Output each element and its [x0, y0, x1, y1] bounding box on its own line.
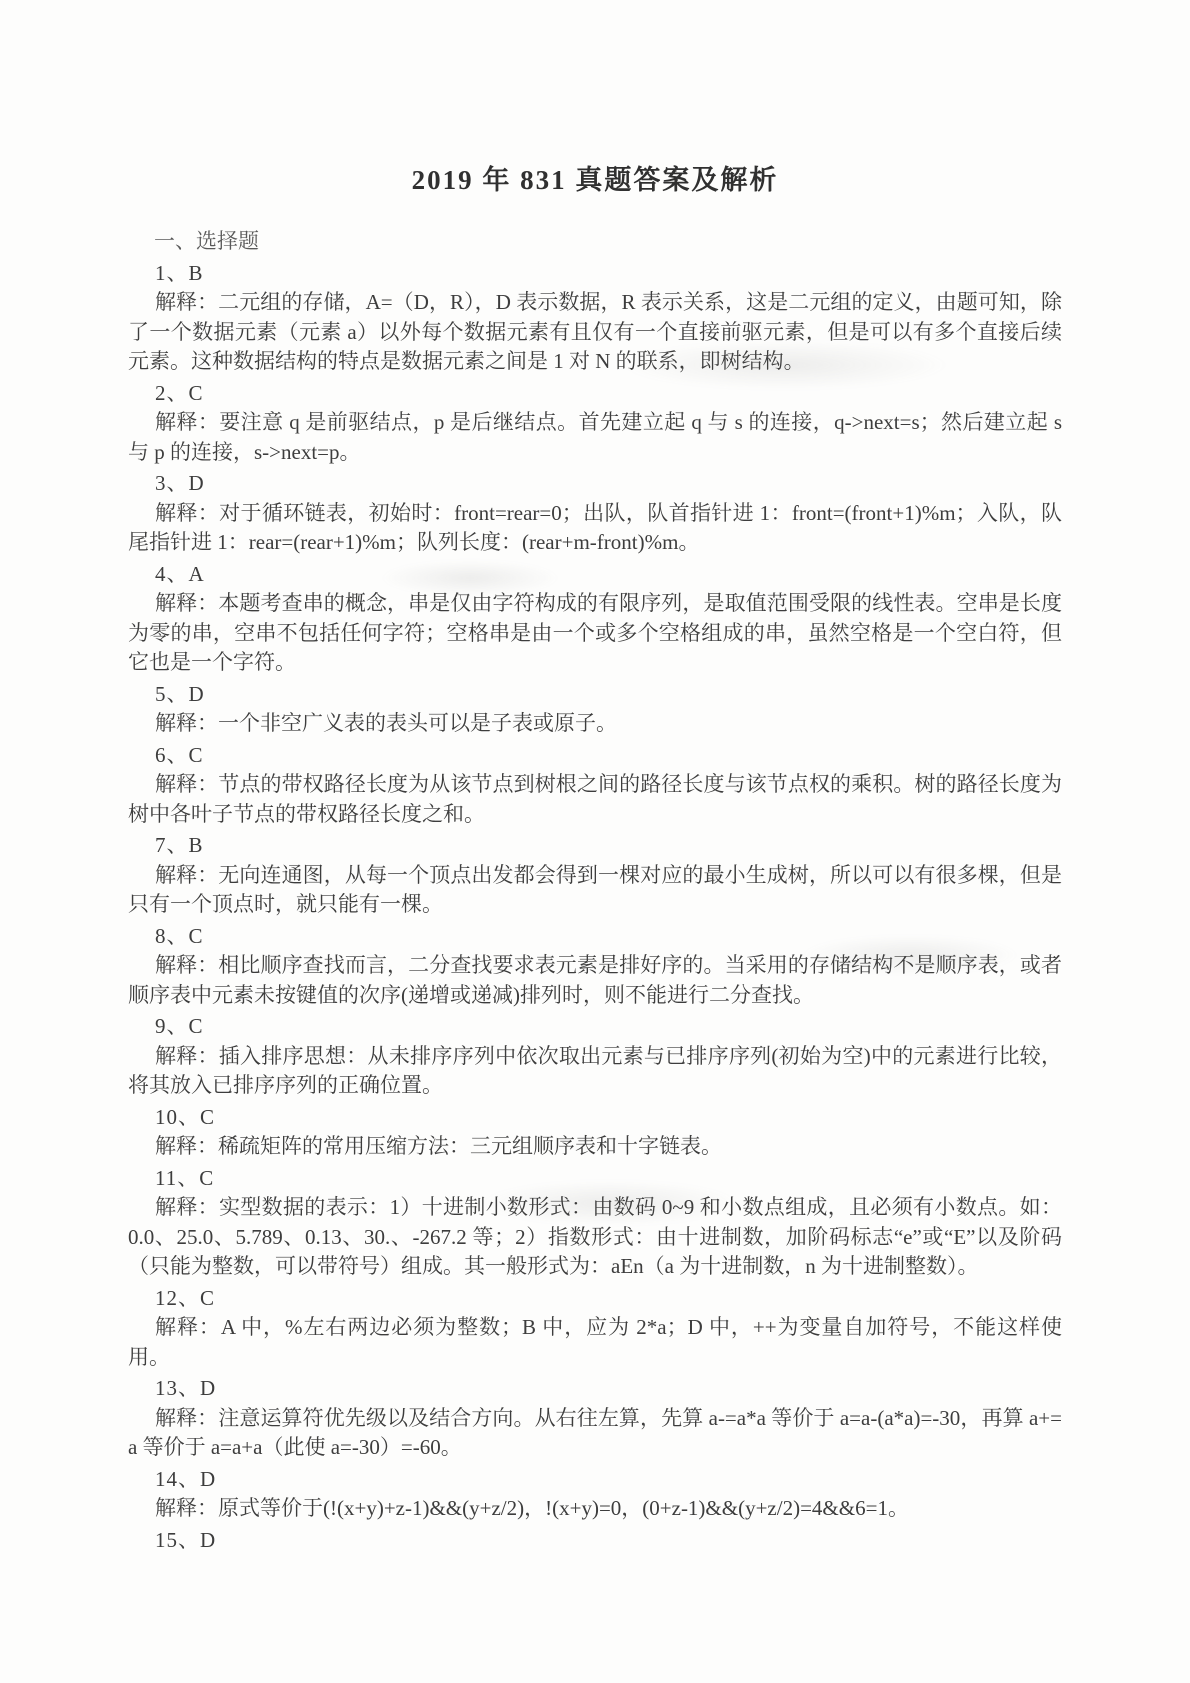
answer-item: 8、C解释：相比顺序查找而言，二分查找要求表元素是排好序的。当采用的存储结构不是…	[128, 922, 1062, 1011]
answer-line: 4、A	[128, 560, 1062, 590]
explanation-paragraph: 解释：二元组的存储，A=（D，R），D 表示数据，R 表示关系，这是二元组的定义…	[128, 288, 1062, 377]
answer-item: 11、C解释：实型数据的表示：1）十进制小数形式：由数码 0~9 和小数点组成，…	[128, 1164, 1062, 1282]
answer-line: 7、B	[128, 831, 1062, 861]
explanation-paragraph: 解释：插入排序思想：从未排序序列中依次取出元素与已排序序列(初始为空)中的元素进…	[128, 1042, 1062, 1101]
answer-item: 6、C解释：节点的带权路径长度为从该节点到树根之间的路径长度与该节点权的乘积。树…	[128, 741, 1062, 830]
explanation-paragraph: 解释：A 中，%左右两边必须为整数；B 中，应为 2*a；D 中，++为变量自加…	[128, 1313, 1062, 1372]
answer-line: 9、C	[128, 1012, 1062, 1042]
answer-line: 6、C	[128, 741, 1062, 771]
answer-item: 14、D解释：原式等价于(!(x+y)+z-1)&&(y+z/2)，!(x+y)…	[128, 1465, 1062, 1524]
answer-item: 7、B解释：无向连通图，从每一个顶点出发都会得到一棵对应的最小生成树，所以可以有…	[128, 831, 1062, 920]
answer-line: 3、D	[128, 469, 1062, 499]
answer-item: 3、D解释：对于循环链表，初始时：front=rear=0；出队，队首指针进 1…	[128, 469, 1062, 558]
answer-item: 9、C解释：插入排序思想：从未排序序列中依次取出元素与已排序序列(初始为空)中的…	[128, 1012, 1062, 1101]
answer-line: 1、B	[128, 259, 1062, 289]
explanation-paragraph: 解释：原式等价于(!(x+y)+z-1)&&(y+z/2)，!(x+y)=0，(…	[128, 1494, 1062, 1524]
answer-item: 12、C解释：A 中，%左右两边必须为整数；B 中，应为 2*a；D 中，++为…	[128, 1284, 1062, 1373]
explanation-paragraph: 解释：要注意 q 是前驱结点，p 是后继结点。首先建立起 q 与 s 的连接，q…	[128, 408, 1062, 467]
page-title: 2019 年 831 真题答案及解析	[128, 158, 1062, 197]
explanation-paragraph: 解释：无向连通图，从每一个顶点出发都会得到一棵对应的最小生成树，所以可以有很多棵…	[128, 861, 1062, 920]
answer-line: 12、C	[128, 1284, 1062, 1314]
answer-line: 5、D	[128, 680, 1062, 710]
answer-item: 13、D解释：注意运算符优先级以及结合方向。从右往左算，先算 a-=a*a 等价…	[128, 1374, 1062, 1463]
answer-item: 1、B解释：二元组的存储，A=（D，R），D 表示数据，R 表示关系，这是二元组…	[128, 259, 1062, 377]
answer-item: 2、C解释：要注意 q 是前驱结点，p 是后继结点。首先建立起 q 与 s 的连…	[128, 379, 1062, 468]
answer-item: 5、D解释：一个非空广义表的表头可以是子表或原子。	[128, 680, 1062, 739]
answer-line: 10、C	[128, 1103, 1062, 1133]
explanation-paragraph: 解释：一个非空广义表的表头可以是子表或原子。	[128, 709, 1062, 739]
explanation-paragraph: 解释：本题考查串的概念，串是仅由字符构成的有限序列，是取值范围受限的线性表。空串…	[128, 589, 1062, 678]
document-content: 2019 年 831 真题答案及解析 一、选择题 1、B解释：二元组的存储，A=…	[128, 158, 1062, 1555]
answer-list: 1、B解释：二元组的存储，A=（D，R），D 表示数据，R 表示关系，这是二元组…	[128, 259, 1062, 1556]
answer-line: 13、D	[128, 1374, 1062, 1404]
explanation-paragraph: 解释：稀疏矩阵的常用压缩方法：三元组顺序表和十字链表。	[128, 1132, 1062, 1162]
answer-line: 15、D	[128, 1526, 1062, 1556]
answer-line: 11、C	[128, 1164, 1062, 1194]
answer-item: 4、A解释：本题考查串的概念，串是仅由字符构成的有限序列，是取值范围受限的线性表…	[128, 560, 1062, 678]
answer-line: 2、C	[128, 379, 1062, 409]
answer-line: 14、D	[128, 1465, 1062, 1495]
explanation-paragraph: 解释：相比顺序查找而言，二分查找要求表元素是排好序的。当采用的存储结构不是顺序表…	[128, 951, 1062, 1010]
explanation-paragraph: 解释：对于循环链表，初始时：front=rear=0；出队，队首指针进 1：fr…	[128, 499, 1062, 558]
scanned-document-page: 2019 年 831 真题答案及解析 一、选择题 1、B解释：二元组的存储，A=…	[0, 0, 1190, 1683]
explanation-paragraph: 解释：实型数据的表示：1）十进制小数形式：由数码 0~9 和小数点组成，且必须有…	[128, 1193, 1062, 1282]
section-heading: 一、选择题	[128, 227, 1062, 257]
answer-line: 8、C	[128, 922, 1062, 952]
answer-item: 15、D	[128, 1526, 1062, 1556]
answer-item: 10、C解释：稀疏矩阵的常用压缩方法：三元组顺序表和十字链表。	[128, 1103, 1062, 1162]
explanation-paragraph: 解释：节点的带权路径长度为从该节点到树根之间的路径长度与该节点权的乘积。树的路径…	[128, 770, 1062, 829]
explanation-paragraph: 解释：注意运算符优先级以及结合方向。从右往左算，先算 a-=a*a 等价于 a=…	[128, 1404, 1062, 1463]
